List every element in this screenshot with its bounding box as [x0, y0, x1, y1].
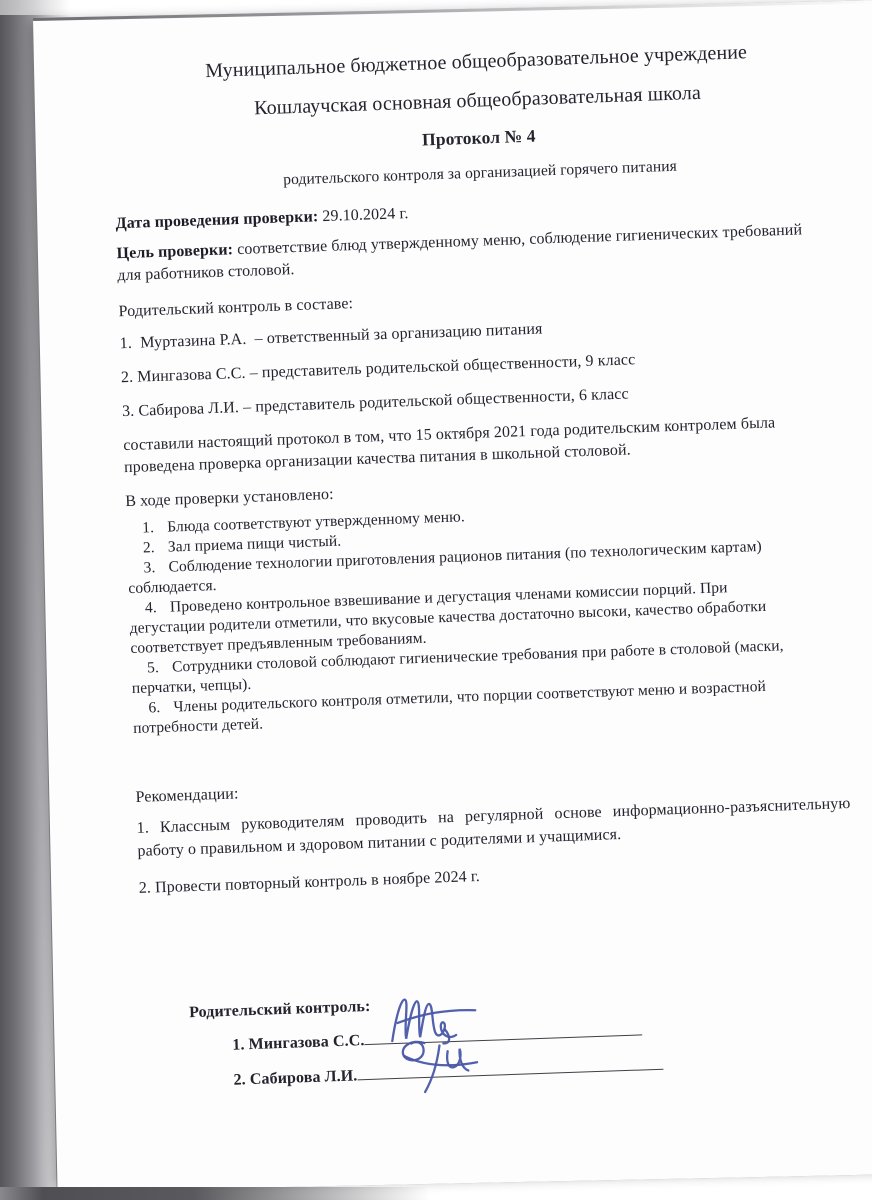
signature-block: Родительский контроль: 1. Мингазова С.С.…	[143, 978, 872, 1096]
date-label: Дата проведения проверки:	[115, 208, 318, 232]
finding-number: 5.	[147, 658, 161, 678]
scanner-topleft-highlight	[0, 0, 90, 15]
signature-label-2: 2. Сабирова Л.И.	[233, 1067, 357, 1088]
document-page: Муниципальное бюджетное общеобразователь…	[33, 0, 872, 1191]
date-value: 29.10.2024 г.	[322, 205, 409, 225]
finding-number: 2.	[143, 538, 157, 558]
scanner-bottom-band	[0, 1187, 430, 1200]
purpose-label: Цель проверки:	[116, 241, 233, 262]
protocol-subtitle: родительского контроля за организацией г…	[114, 151, 846, 197]
finding-number: 3.	[143, 558, 157, 578]
finding-number: 4.	[145, 598, 159, 618]
document-content: Муниципальное бюджетное общеобразователь…	[110, 37, 872, 1106]
committee-list: 1. Муртазина Р.А. – ответственный за орг…	[119, 308, 854, 423]
finding-number: 1.	[142, 518, 156, 538]
handwritten-signature-2-icon	[394, 1034, 484, 1095]
finding-number: 6.	[148, 698, 162, 718]
findings-list: 1.Блюда соответствуют утвержденному меню…	[126, 494, 865, 739]
recommendations-list: 1. Классным руководителям проводить на р…	[136, 791, 870, 899]
signature-label-1: 1. Мингазова С.С.	[232, 1032, 365, 1054]
